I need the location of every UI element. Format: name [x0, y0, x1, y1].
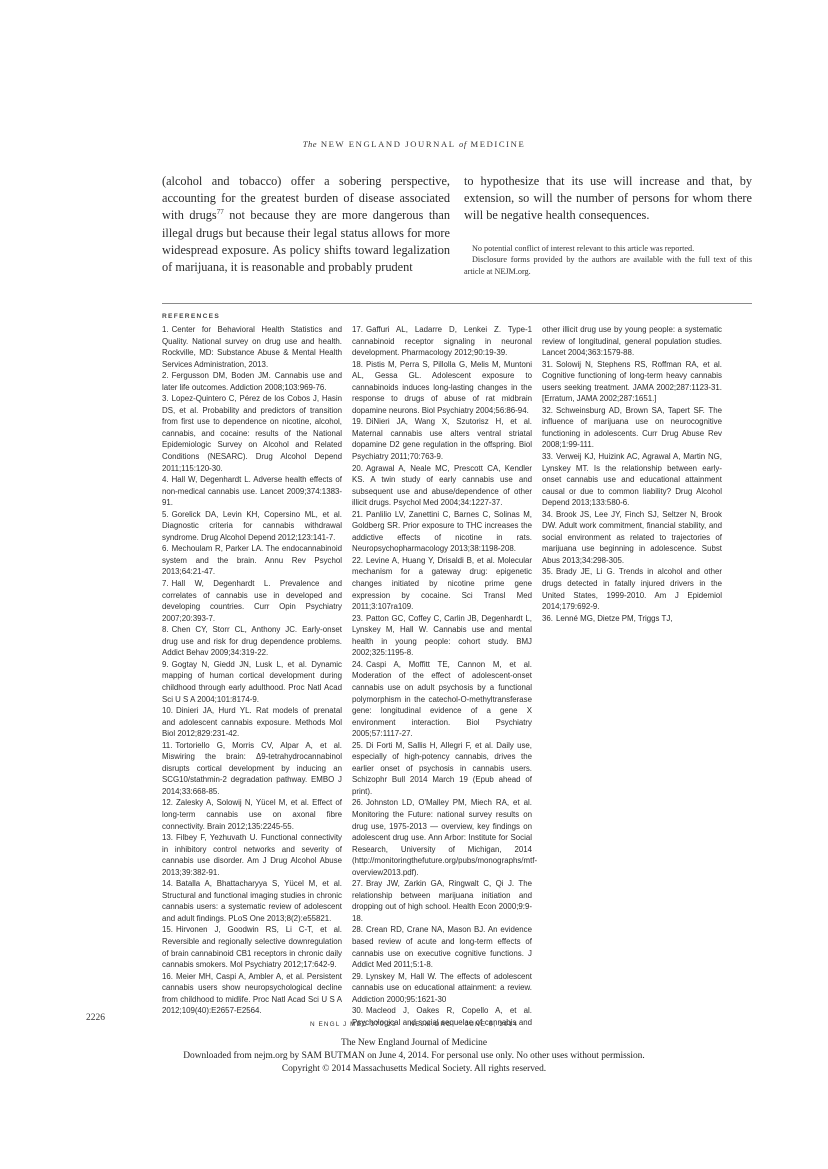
reference-number: 5.: [162, 510, 169, 519]
reference-item: 34.Brook JS, Lee JY, Finch SJ, Seltzer N…: [542, 509, 722, 567]
reference-text: Johnston LD, O'Malley PM, Miech RA, et a…: [352, 798, 537, 876]
body-paragraph: (alcohol and tobacco) offer a sobering p…: [162, 173, 450, 276]
reference-number: 8.: [162, 625, 169, 634]
reference-text: Filbey F, Yezhuvath U. Functional connec…: [162, 833, 342, 877]
reference-number: 2.: [162, 371, 169, 380]
reference-number: 14.: [162, 879, 173, 888]
reference-item: 31.Solowij N, Stephens RS, Roffman RA, e…: [542, 359, 722, 405]
section-divider: [162, 303, 752, 304]
reference-number: 4.: [162, 475, 169, 484]
reference-number: 30.: [352, 1006, 363, 1015]
reference-item: 7.Hall W, Degenhardt L. Prevalence and c…: [162, 578, 342, 624]
reference-item: 28.Crean RD, Crane NA, Mason BJ. An evid…: [352, 924, 532, 970]
journal-suffix: MEDICINE: [470, 139, 525, 149]
reference-text: Di Forti M, Sallis H, Allegri F, et al. …: [352, 741, 532, 796]
footer-citation: N ENGL J MED 370;23 NEJM.ORG JUNE 5, 201…: [0, 1021, 828, 1028]
journal-main: NEW ENGLAND JOURNAL: [321, 139, 455, 149]
reference-item: 5.Gorelick DA, Levin KH, Copersino ML, e…: [162, 509, 342, 544]
reference-item: 8.Chen CY, Storr CL, Anthony JC. Early-o…: [162, 624, 342, 659]
disclosure-forms-note: Disclosure forms provided by the authors…: [464, 254, 752, 277]
reference-item: 14.Batalla A, Bhattacharyya S, Yücel M, …: [162, 878, 342, 924]
reference-text: Tortoriello G, Morris CV, Alpar A, et al…: [162, 741, 342, 796]
reference-text: Crean RD, Crane NA, Mason BJ. An evidenc…: [352, 925, 532, 969]
reference-item: 18.Pistis M, Perra S, Pillolla G, Melis …: [352, 359, 532, 417]
reference-item: 23.Patton GC, Coffey C, Carlin JB, Degen…: [352, 613, 532, 659]
reference-text: DiNieri JA, Wang X, Szutorisz H, et al. …: [352, 417, 532, 461]
conflict-of-interest-note: No potential conflict of interest releva…: [464, 243, 752, 255]
reference-text: Patton GC, Coffey C, Carlin JB, Degenhar…: [352, 614, 532, 658]
citation-site: NEJM.ORG: [410, 1021, 453, 1028]
reference-number: 13.: [162, 833, 173, 842]
references-section: REFERENCES 1.Center for Behavioral Healt…: [162, 313, 722, 1029]
reference-number: 26.: [352, 798, 363, 807]
reference-text: Hall W, Degenhardt L. Adverse health eff…: [162, 475, 342, 507]
reference-item: 32.Schweinsburg AD, Brown SA, Tapert SF.…: [542, 405, 722, 451]
reference-item: 35.Brady JE, Li G. Trends in alcohol and…: [542, 566, 722, 612]
reference-number: 9.: [162, 660, 169, 669]
reference-item: 4.Hall W, Degenhardt L. Adverse health e…: [162, 474, 342, 509]
reference-text: Center for Behavioral Health Statistics …: [162, 325, 342, 369]
reference-item: 10.Dinieri JA, Hurd YL. Rat models of pr…: [162, 705, 342, 740]
reference-text: Caspi A, Moffitt TE, Cannon M, et al. Mo…: [352, 660, 532, 738]
reference-text: Gaffuri AL, Ladarre D, Lenkei Z. Type-1 …: [352, 325, 532, 357]
reference-number: 28.: [352, 925, 363, 934]
reference-number: 36.: [542, 614, 553, 623]
reference-number: 32.: [542, 406, 553, 415]
body-paragraph: to hypothesize that its use will increas…: [464, 173, 752, 225]
reference-item: 24.Caspi A, Moffitt TE, Cannon M, et al.…: [352, 659, 532, 740]
reference-number: 16.: [162, 972, 173, 981]
reference-text: Mechoulam R, Parker LA. The endocannabin…: [162, 544, 342, 576]
reference-number: 25.: [352, 741, 363, 750]
reference-text: Meier MH, Caspi A, Ambler A, et al. Pers…: [162, 972, 342, 1016]
reference-number: 21.: [352, 510, 363, 519]
article-body: (alcohol and tobacco) offer a sobering p…: [162, 173, 752, 277]
reference-number: 33.: [542, 452, 553, 461]
reference-text: Gorelick DA, Levin KH, Copersino ML, et …: [162, 510, 342, 542]
reference-text: Levine A, Huang Y, Drisaldi B, et al. Mo…: [352, 556, 532, 611]
citation-journal: N ENGL J MED 370;23: [310, 1021, 397, 1028]
reference-text: Hall W, Degenhardt L. Prevalence and cor…: [162, 579, 342, 623]
reference-number: 3.: [162, 394, 169, 403]
reference-item: 27.Bray JW, Zarkin GA, Ringwalt C, Qi J.…: [352, 878, 532, 924]
reference-item: 9.Gogtay N, Giedd JN, Lusk L, et al. Dyn…: [162, 659, 342, 705]
reference-number: 35.: [542, 567, 553, 576]
reference-text: Gogtay N, Giedd JN, Lusk L, et al. Dynam…: [162, 660, 342, 704]
reference-item: 19.DiNieri JA, Wang X, Szutorisz H, et a…: [352, 416, 532, 462]
reference-text: Panlilio LV, Zanettini C, Barnes C, Soli…: [352, 510, 532, 554]
running-header: The NEW ENGLAND JOURNAL of MEDICINE: [0, 139, 828, 149]
body-column-right: to hypothesize that its use will increas…: [464, 173, 752, 277]
reference-text: Agrawal A, Neale MC, Prescott CA, Kendle…: [352, 464, 532, 508]
reference-text: Dinieri JA, Hurd YL. Rat models of prena…: [162, 706, 342, 738]
reference-number: 20.: [352, 464, 363, 473]
reference-item: 16.Meier MH, Caspi A, Ambler A, et al. P…: [162, 971, 342, 1017]
reference-number: 6.: [162, 544, 169, 553]
copyright-statement: Copyright © 2014 Massachusetts Medical S…: [0, 1063, 828, 1076]
reference-number: 19.: [352, 417, 363, 426]
disclosure-block: No potential conflict of interest releva…: [464, 243, 752, 278]
download-statement: Downloaded from nejm.org by SAM BUTMAN o…: [0, 1050, 828, 1063]
reference-item: 1.Center for Behavioral Health Statistic…: [162, 324, 342, 370]
reference-number: 17.: [352, 325, 363, 334]
reference-item: 13.Filbey F, Yezhuvath U. Functional con…: [162, 832, 342, 878]
reference-item: 3.Lopez-Quintero C, Pérez de los Cobos J…: [162, 393, 342, 474]
reference-number: 10.: [162, 706, 173, 715]
references-list: 1.Center for Behavioral Health Statistic…: [162, 324, 722, 1029]
body-column-left: (alcohol and tobacco) offer a sobering p…: [162, 173, 450, 277]
reference-item: 22.Levine A, Huang Y, Drisaldi B, et al.…: [352, 555, 532, 613]
reference-number: 23.: [352, 614, 363, 623]
reference-text: Fergusson DM, Boden JM. Cannabis use and…: [162, 371, 342, 392]
reference-item: 6.Mechoulam R, Parker LA. The endocannab…: [162, 543, 342, 578]
reference-item: 12.Zalesky A, Solowij N, Yücel M, et al.…: [162, 797, 342, 832]
reference-item: 15.Hirvonen J, Goodwin RS, Li C-T, et al…: [162, 924, 342, 970]
reference-number: 31.: [542, 360, 553, 369]
reference-text: Bray JW, Zarkin GA, Ringwalt C, Qi J. Th…: [352, 879, 532, 923]
reference-text: Zalesky A, Solowij N, Yücel M, et al. Ef…: [162, 798, 342, 830]
reference-item: 25.Di Forti M, Sallis H, Allegri F, et a…: [352, 740, 532, 798]
journal-name: The New England Journal of Medicine: [0, 1037, 828, 1050]
reference-text: Lopez-Quintero C, Pérez de los Cobos J, …: [162, 394, 342, 472]
reference-number: 29.: [352, 972, 363, 981]
reference-text: Lenné MG, Dietze PM, Triggs TJ,: [556, 614, 673, 623]
reference-text: Brady JE, Li G. Trends in alcohol and ot…: [542, 567, 722, 611]
reference-item: 2.Fergusson DM, Boden JM. Cannabis use a…: [162, 370, 342, 393]
reference-number: 7.: [162, 579, 169, 588]
reference-text: Batalla A, Bhattacharyya S, Yücel M, et …: [162, 879, 342, 923]
reference-text: Lynskey M, Hall W. The effects of adoles…: [352, 972, 532, 1004]
reference-item: 26.Johnston LD, O'Malley PM, Miech RA, e…: [352, 797, 532, 878]
download-notice: The New England Journal of Medicine Down…: [0, 1037, 828, 1076]
reference-item: 20.Agrawal A, Neale MC, Prescott CA, Ken…: [352, 463, 532, 509]
reference-text: Schweinsburg AD, Brown SA, Tapert SF. Th…: [542, 406, 722, 450]
reference-item: 11.Tortoriello G, Morris CV, Alpar A, et…: [162, 740, 342, 798]
reference-text: Brook JS, Lee JY, Finch SJ, Seltzer N, B…: [542, 510, 722, 565]
reference-item: 17.Gaffuri AL, Ladarre D, Lenkei Z. Type…: [352, 324, 532, 359]
citation-date: JUNE 5, 2014: [465, 1021, 518, 1028]
reference-item: 36.Lenné MG, Dietze PM, Triggs TJ,: [542, 613, 722, 625]
citation-superscript: 77: [217, 208, 224, 216]
reference-item: 29.Lynskey M, Hall W. The effects of ado…: [352, 971, 532, 1006]
reference-text: Verweij KJ, Huizink AC, Agrawal A, Marti…: [542, 452, 722, 507]
reference-item: 21.Panlilio LV, Zanettini C, Barnes C, S…: [352, 509, 532, 555]
references-heading: REFERENCES: [162, 313, 722, 320]
reference-text: Chen CY, Storr CL, Anthony JC. Early-ons…: [162, 625, 342, 657]
reference-number: 11.: [162, 741, 172, 750]
reference-number: 27.: [352, 879, 363, 888]
reference-text: Hirvonen J, Goodwin RS, Li C-T, et al. R…: [162, 925, 342, 969]
journal-of: of: [459, 139, 467, 149]
reference-number: 24.: [352, 660, 363, 669]
reference-number: 34.: [542, 510, 553, 519]
reference-number: 15.: [162, 925, 173, 934]
reference-text: Pistis M, Perra S, Pillolla G, Melis M, …: [352, 360, 532, 415]
reference-number: 1.: [162, 325, 169, 334]
journal-prefix: The: [303, 139, 317, 149]
reference-item: 33.Verweij KJ, Huizink AC, Agrawal A, Ma…: [542, 451, 722, 509]
reference-number: 22.: [352, 556, 363, 565]
reference-number: 18.: [352, 360, 363, 369]
reference-number: 12.: [162, 798, 173, 807]
reference-text: Solowij N, Stephens RS, Roffman RA, et a…: [542, 360, 722, 404]
